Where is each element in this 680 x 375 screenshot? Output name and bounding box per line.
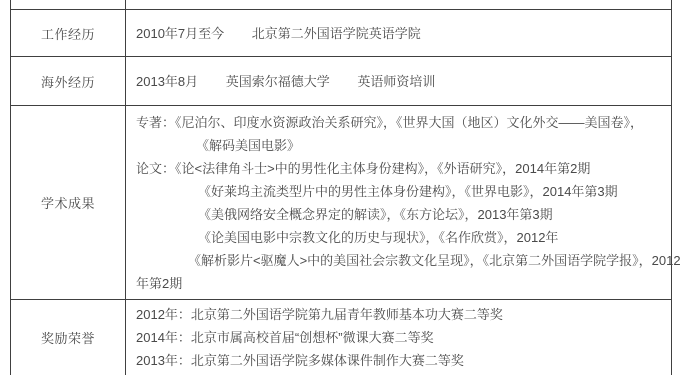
monograph-line-2: 《解码美国电影》 [136,134,663,157]
award-line-2013: 2013年：北京第二外国语学院多媒体课件制作大赛二等奖 [136,349,663,372]
table-row-work-experience: 工作经历 2010年7月至今 北京第二外国语学院英语学院 [11,10,672,57]
overseas-experience-line: 2013年8月 英国索尔福德大学 英语师资培训 [136,70,663,93]
overseas-program: 英语师资培训 [357,74,435,89]
award-line-2012: 2012年：北京第二外国语学院第九届青年教师基本功大赛二等奖 [136,303,663,326]
work-period: 2010年7月至今 [136,26,224,41]
overseas-institution: 英国索尔福德大学 [226,74,330,89]
academic-achievements-cell: 专著：《尼泊尔、印度水资源政治关系研究》，《世界大国（地区）文化外交——美国卷》… [126,106,672,300]
award-line-2014: 2014年：北京市属高校首届“创想杯”微课大赛二等奖 [136,326,663,349]
work-employer: 北京第二外国语学院英语学院 [252,26,421,41]
table-row-awards-honors: 奖励荣誉 2012年：北京第二外国语学院第九届青年教师基本功大赛二等奖 2014… [11,300,672,375]
row-label-overseas-experience: 海外经历 [11,57,126,106]
overseas-period: 2013年8月 [136,74,198,89]
cutoff-row-content-cell [126,0,672,10]
cutoff-row-label-cell [11,0,126,10]
table-row-academic-achievements: 学术成果 专著：《尼泊尔、印度水资源政治关系研究》，《世界大国（地区）文化外交—… [11,106,672,300]
table-row-overseas-experience: 海外经历 2013年8月 英国索尔福德大学 英语师资培训 [11,57,672,106]
awards-honors-cell: 2012年：北京第二外国语学院第九届青年教师基本功大赛二等奖 2014年：北京市… [126,300,672,375]
paper-line-1: 论文：《论<法律角斗士>中的男性化主体身份建构》，《外语研究》，2014年第2期 [136,157,663,180]
row-label-awards-honors: 奖励荣誉 [11,300,126,375]
monograph-line-1: 专著：《尼泊尔、印度水资源政治关系研究》，《世界大国（地区）文化外交——美国卷》… [136,111,663,134]
resume-table: 工作经历 2010年7月至今 北京第二外国语学院英语学院 海外经历 2013年8… [10,0,672,375]
work-experience-line: 2010年7月至今 北京第二外国语学院英语学院 [136,22,663,45]
cutoff-row [11,0,672,10]
paper-line-5: 《解析影片<驱魔人>中的美国社会宗教文化呈现》，《北京第二外国语学院学报》，20… [136,249,663,272]
work-experience-cell: 2010年7月至今 北京第二外国语学院英语学院 [126,10,672,57]
paper-line-3: 《美俄网络安全概念界定的解读》，《东方论坛》，2013年第3期 [136,203,663,226]
row-label-work-experience: 工作经历 [11,10,126,57]
overseas-experience-cell: 2013年8月 英国索尔福德大学 英语师资培训 [126,57,672,106]
paper-line-5-wrap: 年第2期 [136,272,663,295]
paper-line-4: 《论美国电影中宗教文化的历史与现状》，《名作欣赏》，2012年 [136,226,663,249]
paper-line-2: 《好莱坞主流类型片中的男性主体身份建构》，《世界电影》，2014年第3期 [136,180,663,203]
row-label-academic-achievements: 学术成果 [11,106,126,300]
